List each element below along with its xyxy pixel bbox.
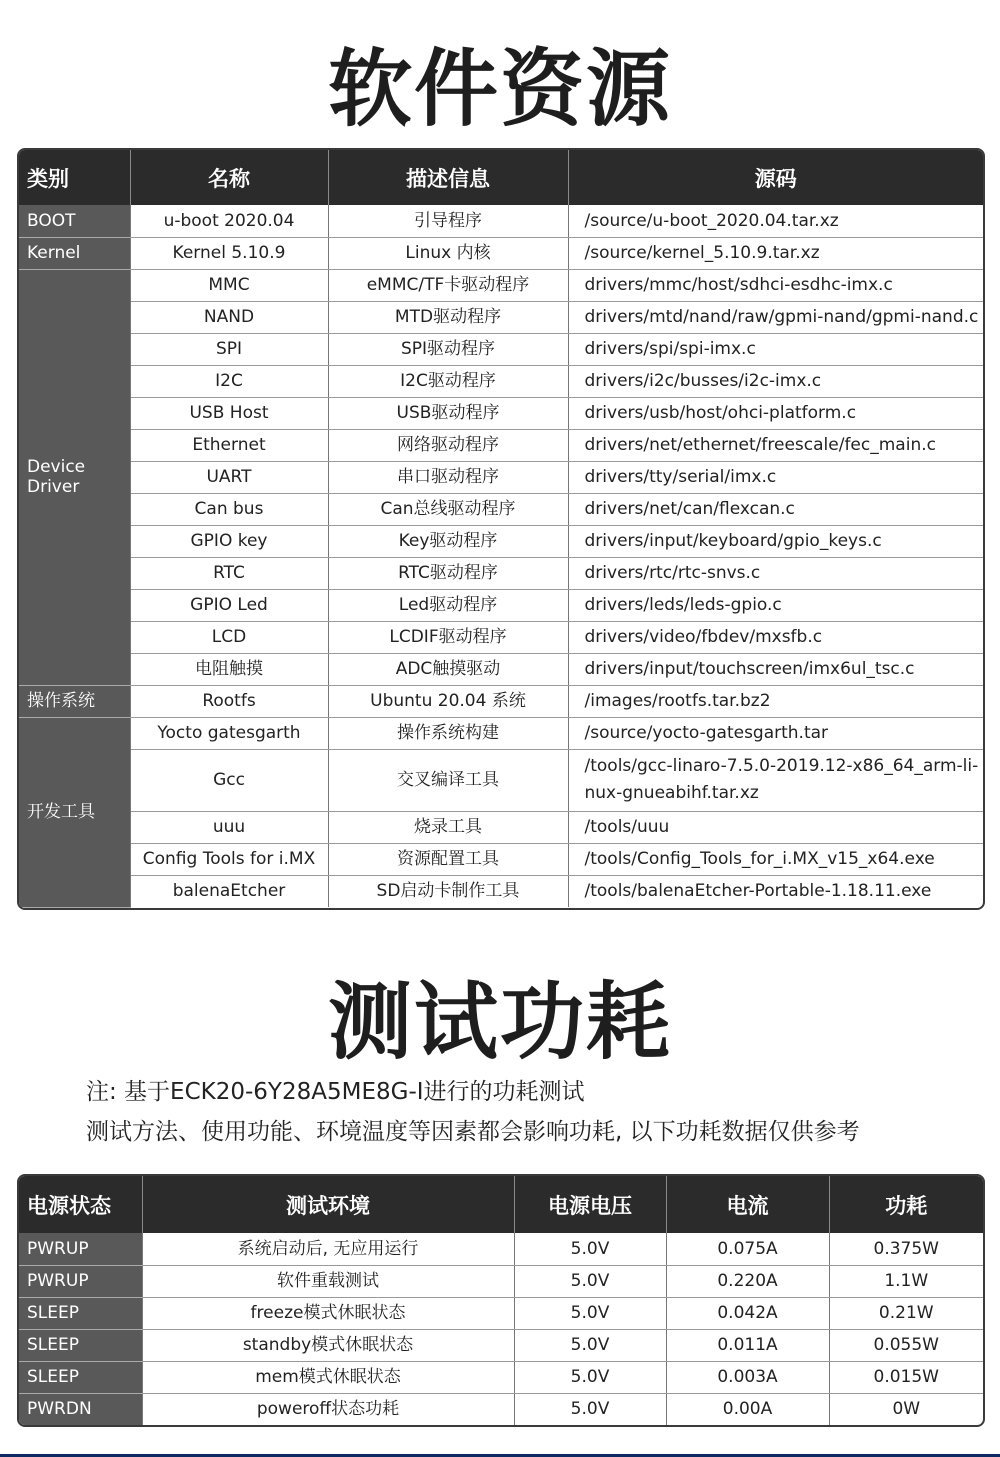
- name-cell: Can bus: [130, 493, 328, 525]
- header-current: 电流: [666, 1176, 829, 1233]
- table-row: GPIO LedLed驱动程序drivers/leds/leds-gpio.c: [19, 589, 983, 621]
- source-path-cell: drivers/net/ethernet/freescale/fec_main.…: [568, 429, 983, 461]
- voltage-cell: 5.0V: [514, 1297, 666, 1329]
- source-path-cell: /source/u-boot_2020.04.tar.xz: [568, 205, 983, 237]
- category-label-line: Driver: [27, 477, 130, 497]
- category-cell: 操作系统: [19, 685, 130, 717]
- source-path-cell: drivers/input/touchscreen/imx6ul_tsc.c: [568, 653, 983, 685]
- source-path-cell: drivers/input/keyboard/gpio_keys.c: [568, 525, 983, 557]
- source-path-cell: /tools/balenaEtcher-Portable-1.18.11.exe: [568, 875, 983, 907]
- description-cell: 烧录工具: [328, 811, 568, 843]
- name-cell: GPIO key: [130, 525, 328, 557]
- power-cell: 0.21W: [829, 1297, 983, 1329]
- name-cell: RTC: [130, 557, 328, 589]
- source-path-cell: /tools/uuu: [568, 811, 983, 843]
- current-cell: 0.220A: [666, 1265, 829, 1297]
- voltage-cell: 5.0V: [514, 1233, 666, 1265]
- header-source: 源码: [568, 150, 983, 205]
- test-environment-cell: standby模式休眠状态: [142, 1329, 514, 1361]
- name-cell: 电阻触摸: [130, 653, 328, 685]
- power-note-line-1: 注: 基于ECK20-6Y28A5ME8G-I进行的功耗测试: [86, 1073, 585, 1106]
- description-cell: USB驱动程序: [328, 397, 568, 429]
- power-cell: 0.375W: [829, 1233, 983, 1265]
- description-cell: 串口驱动程序: [328, 461, 568, 493]
- power-cell: 0.015W: [829, 1361, 983, 1393]
- table-row: SLEEPstandby模式休眠状态5.0V0.011A0.055W: [19, 1329, 983, 1361]
- name-cell: Kernel 5.10.9: [130, 237, 328, 269]
- source-path-cell: drivers/video/fbdev/mxsfb.c: [568, 621, 983, 653]
- power-state-cell: SLEEP: [19, 1329, 142, 1361]
- description-cell: 操作系统构建: [328, 717, 568, 749]
- header-voltage: 电源电压: [514, 1176, 666, 1233]
- source-path-cell: /tools/gcc-linaro-7.5.0-2019.12-x86_64_a…: [568, 749, 983, 811]
- header-power: 功耗: [829, 1176, 983, 1233]
- description-cell: I2C驱动程序: [328, 365, 568, 397]
- power-note-line-2: 测试方法、使用功能、环境温度等因素都会影响功耗, 以下功耗数据仅供参考: [86, 1113, 860, 1146]
- test-environment-cell: 系统启动后, 无应用运行: [142, 1233, 514, 1265]
- description-cell: Ubuntu 20.04 系统: [328, 685, 568, 717]
- table-row: GPIO keyKey驱动程序drivers/input/keyboard/gp…: [19, 525, 983, 557]
- name-cell: UART: [130, 461, 328, 493]
- header-power-state: 电源状态: [19, 1176, 142, 1233]
- source-path-cell: drivers/tty/serial/imx.c: [568, 461, 983, 493]
- current-cell: 0.00A: [666, 1393, 829, 1425]
- test-environment-cell: freeze模式休眠状态: [142, 1297, 514, 1329]
- description-cell: 引导程序: [328, 205, 568, 237]
- power-consumption-table: 电源状态 测试环境 电源电压 电流 功耗 PWRUP系统启动后, 无应用运行5.…: [17, 1174, 985, 1427]
- table-row: 开发工具Yocto gatesgarth操作系统构建/source/yocto-…: [19, 717, 983, 749]
- voltage-cell: 5.0V: [514, 1329, 666, 1361]
- description-cell: MTD驱动程序: [328, 301, 568, 333]
- description-cell: 交叉编译工具: [328, 749, 568, 811]
- description-cell: Key驱动程序: [328, 525, 568, 557]
- category-cell: BOOT: [19, 205, 130, 237]
- table-row: RTCRTC驱动程序drivers/rtc/rtc-snvs.c: [19, 557, 983, 589]
- description-cell: eMMC/TF卡驱动程序: [328, 269, 568, 301]
- name-cell: NAND: [130, 301, 328, 333]
- table-row: Config Tools for i.MX资源配置工具/tools/Config…: [19, 843, 983, 875]
- software-resources-title: 软件资源: [0, 22, 1000, 143]
- source-path-cell: /source/kernel_5.10.9.tar.xz: [568, 237, 983, 269]
- current-cell: 0.003A: [666, 1361, 829, 1393]
- table-row: KernelKernel 5.10.9Linux 内核/source/kerne…: [19, 237, 983, 269]
- header-test-environment: 测试环境: [142, 1176, 514, 1233]
- table-row: PWRUP系统启动后, 无应用运行5.0V0.075A0.375W: [19, 1233, 983, 1265]
- table-header-row: 类别 名称 描述信息 源码: [19, 150, 983, 205]
- name-cell: I2C: [130, 365, 328, 397]
- name-cell: balenaEtcher: [130, 875, 328, 907]
- test-environment-cell: poweroff状态功耗: [142, 1393, 514, 1425]
- name-cell: Gcc: [130, 749, 328, 811]
- source-path-cell: drivers/mtd/nand/raw/gpmi-nand/gpmi-nand…: [568, 301, 983, 333]
- source-path-cell: /images/rootfs.tar.bz2: [568, 685, 983, 717]
- power-cell: 1.1W: [829, 1265, 983, 1297]
- table-row: USB HostUSB驱动程序drivers/usb/host/ohci-pla…: [19, 397, 983, 429]
- header-category: 类别: [19, 150, 130, 205]
- table-row: Gcc交叉编译工具/tools/gcc-linaro-7.5.0-2019.12…: [19, 749, 983, 811]
- power-cell: 0.055W: [829, 1329, 983, 1361]
- description-cell: Linux 内核: [328, 237, 568, 269]
- software-resources-table: 类别 名称 描述信息 源码 BOOTu-boot 2020.04引导程序/sou…: [17, 148, 985, 910]
- header-description: 描述信息: [328, 150, 568, 205]
- header-name: 名称: [130, 150, 328, 205]
- table-row: Can busCan总线驱动程序drivers/net/can/flexcan.…: [19, 493, 983, 525]
- source-path-line: nux-gnueabihf.tar.xz: [585, 780, 984, 807]
- source-path-line: /tools/gcc-linaro-7.5.0-2019.12-x86_64_a…: [585, 753, 984, 780]
- table-row: SPISPI驱动程序drivers/spi/spi-imx.c: [19, 333, 983, 365]
- table-row: SLEEPmem模式休眠状态5.0V0.003A0.015W: [19, 1361, 983, 1393]
- table-row: LCDLCDIF驱动程序drivers/video/fbdev/mxsfb.c: [19, 621, 983, 653]
- source-path-cell: drivers/net/can/flexcan.c: [568, 493, 983, 525]
- source-path-cell: drivers/rtc/rtc-snvs.c: [568, 557, 983, 589]
- power-state-cell: SLEEP: [19, 1361, 142, 1393]
- power-cell: 0W: [829, 1393, 983, 1425]
- description-cell: Can总线驱动程序: [328, 493, 568, 525]
- test-environment-cell: mem模式休眠状态: [142, 1361, 514, 1393]
- name-cell: USB Host: [130, 397, 328, 429]
- power-test-title: 测试功耗: [0, 955, 1000, 1076]
- name-cell: LCD: [130, 621, 328, 653]
- table-header-row: 电源状态 测试环境 电源电压 电流 功耗: [19, 1176, 983, 1233]
- description-cell: 网络驱动程序: [328, 429, 568, 461]
- name-cell: SPI: [130, 333, 328, 365]
- name-cell: Ethernet: [130, 429, 328, 461]
- description-cell: LCDIF驱动程序: [328, 621, 568, 653]
- description-cell: SD启动卡制作工具: [328, 875, 568, 907]
- description-cell: ADC触摸驱动: [328, 653, 568, 685]
- category-cell: DeviceDriver: [19, 269, 130, 685]
- power-state-cell: PWRUP: [19, 1233, 142, 1265]
- source-path-cell: drivers/mmc/host/sdhci-esdhc-imx.c: [568, 269, 983, 301]
- power-state-cell: SLEEP: [19, 1297, 142, 1329]
- source-path-cell: /tools/Config_Tools_for_i.MX_v15_x64.exe: [568, 843, 983, 875]
- table-row: uuu烧录工具/tools/uuu: [19, 811, 983, 843]
- category-cell: Kernel: [19, 237, 130, 269]
- category-label-line: Device: [27, 457, 130, 477]
- name-cell: MMC: [130, 269, 328, 301]
- name-cell: Rootfs: [130, 685, 328, 717]
- category-cell: 开发工具: [19, 717, 130, 907]
- description-cell: SPI驱动程序: [328, 333, 568, 365]
- table-row: NANDMTD驱动程序drivers/mtd/nand/raw/gpmi-nan…: [19, 301, 983, 333]
- name-cell: Config Tools for i.MX: [130, 843, 328, 875]
- power-state-cell: PWRDN: [19, 1393, 142, 1425]
- current-cell: 0.042A: [666, 1297, 829, 1329]
- table-row: 操作系统RootfsUbuntu 20.04 系统/images/rootfs.…: [19, 685, 983, 717]
- source-path-cell: drivers/i2c/busses/i2c-imx.c: [568, 365, 983, 397]
- description-cell: RTC驱动程序: [328, 557, 568, 589]
- description-cell: 资源配置工具: [328, 843, 568, 875]
- source-path-cell: /source/yocto-gatesgarth.tar: [568, 717, 983, 749]
- table-row: balenaEtcherSD启动卡制作工具/tools/balenaEtcher…: [19, 875, 983, 907]
- current-cell: 0.011A: [666, 1329, 829, 1361]
- name-cell: uuu: [130, 811, 328, 843]
- table-row: PWRDNpoweroff状态功耗5.0V0.00A0W: [19, 1393, 983, 1425]
- power-state-cell: PWRUP: [19, 1265, 142, 1297]
- table-row: I2CI2C驱动程序drivers/i2c/busses/i2c-imx.c: [19, 365, 983, 397]
- current-cell: 0.075A: [666, 1233, 829, 1265]
- table-row: UART串口驱动程序drivers/tty/serial/imx.c: [19, 461, 983, 493]
- table-row: PWRUP软件重载测试5.0V0.220A1.1W: [19, 1265, 983, 1297]
- table-row: BOOTu-boot 2020.04引导程序/source/u-boot_202…: [19, 205, 983, 237]
- source-path-cell: drivers/leds/leds-gpio.c: [568, 589, 983, 621]
- description-cell: Led驱动程序: [328, 589, 568, 621]
- name-cell: Yocto gatesgarth: [130, 717, 328, 749]
- voltage-cell: 5.0V: [514, 1393, 666, 1425]
- name-cell: GPIO Led: [130, 589, 328, 621]
- table-row: Ethernet网络驱动程序drivers/net/ethernet/frees…: [19, 429, 983, 461]
- source-path-cell: drivers/spi/spi-imx.c: [568, 333, 983, 365]
- source-path-cell: drivers/usb/host/ohci-platform.c: [568, 397, 983, 429]
- table-row: SLEEPfreeze模式休眠状态5.0V0.042A0.21W: [19, 1297, 983, 1329]
- name-cell: u-boot 2020.04: [130, 205, 328, 237]
- voltage-cell: 5.0V: [514, 1361, 666, 1393]
- table-row: 电阻触摸ADC触摸驱动drivers/input/touchscreen/imx…: [19, 653, 983, 685]
- voltage-cell: 5.0V: [514, 1265, 666, 1297]
- test-environment-cell: 软件重载测试: [142, 1265, 514, 1297]
- table-row: DeviceDriverMMCeMMC/TF卡驱动程序drivers/mmc/h…: [19, 269, 983, 301]
